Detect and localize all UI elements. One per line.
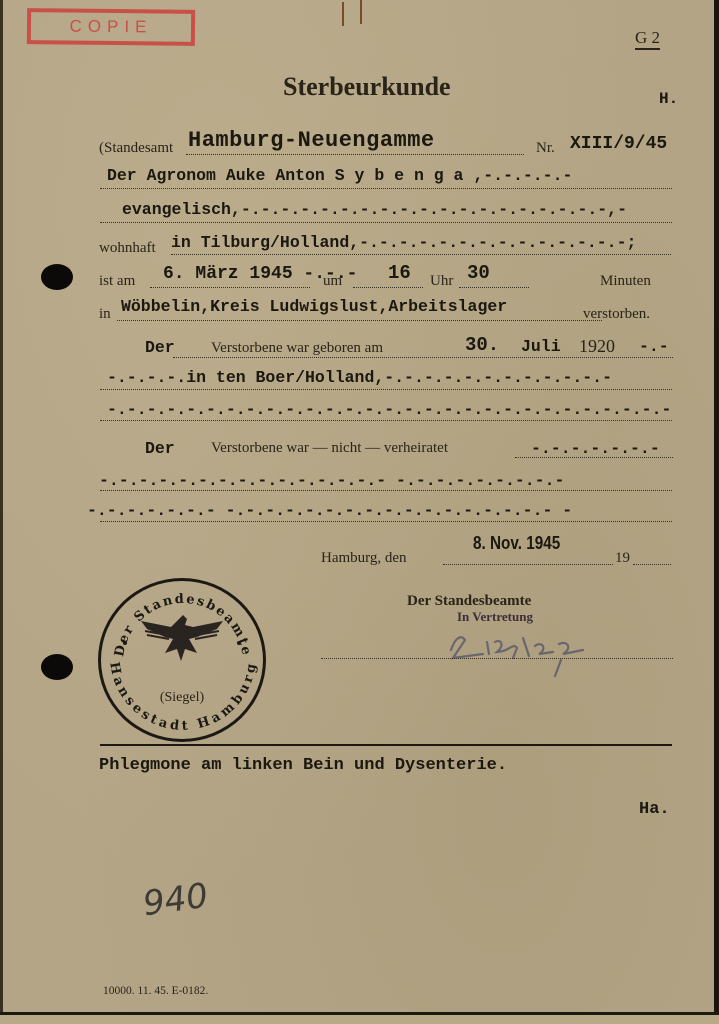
official-seal: Der Standesbeamte Hansestadt Hamburg (Si…: [98, 578, 266, 742]
death-date-label: ist am: [99, 273, 135, 290]
dotted-line: [117, 320, 602, 321]
place-in-label: in: [99, 306, 111, 323]
section-divider: [100, 744, 672, 746]
marital-article: Der: [145, 439, 175, 458]
died-label: verstorben.: [583, 306, 650, 323]
birth-label: Verstorbene war geboren am: [211, 340, 383, 357]
registry-label: (Standesamt: [99, 140, 173, 157]
birth-year: 1920: [579, 336, 615, 357]
typist-initials: Ha.: [639, 800, 670, 819]
dotted-line: [100, 490, 672, 491]
dotted-line: [186, 154, 524, 155]
dotted-line: [100, 389, 672, 390]
birth-month: Juli: [521, 337, 561, 356]
marital-label: Verstorbene war — nicht — verheiratet: [211, 440, 448, 457]
page-title: Sterbeurkunde: [283, 72, 451, 102]
dotted-line: [100, 420, 672, 421]
birth-day: 30.: [465, 334, 499, 356]
page-bottom-edge: [0, 1012, 719, 1024]
marital-filler-line: -.-.-.-.-.-.- -.-.-.-.-.-.-.-.-.-.-.-.-.…: [87, 501, 572, 520]
death-place: Wöbbelin,Kreis Ludwigslust,Arbeitslager: [121, 297, 507, 316]
cause-of-death: Phlegmone am linken Bein und Dysenterie.: [99, 756, 507, 775]
issue-place-label: Hamburg, den: [321, 550, 407, 567]
residence-value: in Tilburg/Holland,-.-.-.-.-.-.-.-.-.-.-…: [171, 233, 636, 252]
signature-line: [321, 658, 673, 659]
dotted-line: [100, 188, 672, 189]
hour-label: Uhr: [430, 273, 453, 290]
copie-stamp: COPIE: [27, 8, 195, 46]
religion-line: evangelisch,-.-.-.-.-.-.-.-.-.-.-.-.-.-.…: [122, 200, 627, 219]
page-edge: [714, 0, 719, 1015]
marital-trail: -.-.-.-.-.-.-: [531, 439, 660, 458]
official-title: Der Standesbeamte: [407, 593, 531, 610]
dotted-line: [515, 457, 673, 458]
issue-date: 8. Nov. 1945: [473, 533, 560, 554]
dotted-line: [150, 287, 310, 288]
year-prefix: 19: [615, 550, 630, 567]
time-at-label: um: [323, 273, 342, 290]
birth-article: Der: [145, 338, 175, 357]
dotted-line: [100, 222, 672, 223]
death-certificate-page: COPIE G 2 H. Sterbeurkunde (Standesamt H…: [0, 0, 717, 1012]
deceased-name-line: Der Agronom Auke Anton S y b e n g a ,-.…: [107, 166, 572, 185]
pencil-note: 940: [141, 876, 211, 925]
death-hour: 16: [388, 262, 411, 284]
pen-mark: [360, 0, 362, 24]
death-minutes: 30: [467, 262, 490, 284]
residence-label: wohnhaft: [99, 240, 156, 257]
marital-filler-line: -.-.-.-.-.-.-.-.-.-.-.-.-.-.- -.-.-.-.-.…: [99, 471, 564, 490]
seal-center-label: (Siegel): [160, 690, 205, 705]
pen-mark: [342, 2, 344, 26]
initial-mark: H.: [659, 90, 678, 108]
dotted-line: [100, 521, 672, 522]
dotted-line: [173, 357, 673, 358]
number-label: Nr.: [536, 140, 555, 157]
dotted-line: [633, 564, 671, 565]
minutes-label: Minuten: [600, 273, 651, 290]
dotted-line: [171, 254, 671, 255]
birth-trail: -.-: [639, 337, 669, 356]
print-code: 10000. 11. 45. E-0182.: [103, 985, 208, 997]
registry-office-value: Hamburg-Neuengamme: [188, 128, 435, 153]
eagle-icon: [141, 615, 223, 661]
registry-number: XIII/9/45: [570, 134, 667, 154]
birth-place-line: -.-.-.-.in ten Boer/Holland,-.-.-.-.-.-.…: [107, 368, 612, 387]
birth-filler-line: -.-.-.-.-.-.-.-.-.-.-.-.-.-.-.-.-.-.-.-.…: [107, 400, 671, 419]
dotted-line: [459, 287, 529, 288]
punch-hole: [41, 264, 73, 290]
dotted-line: [443, 564, 613, 565]
punch-hole: [41, 654, 73, 680]
form-code: G 2: [635, 28, 660, 50]
dotted-line: [353, 287, 423, 288]
signature: [443, 620, 603, 680]
